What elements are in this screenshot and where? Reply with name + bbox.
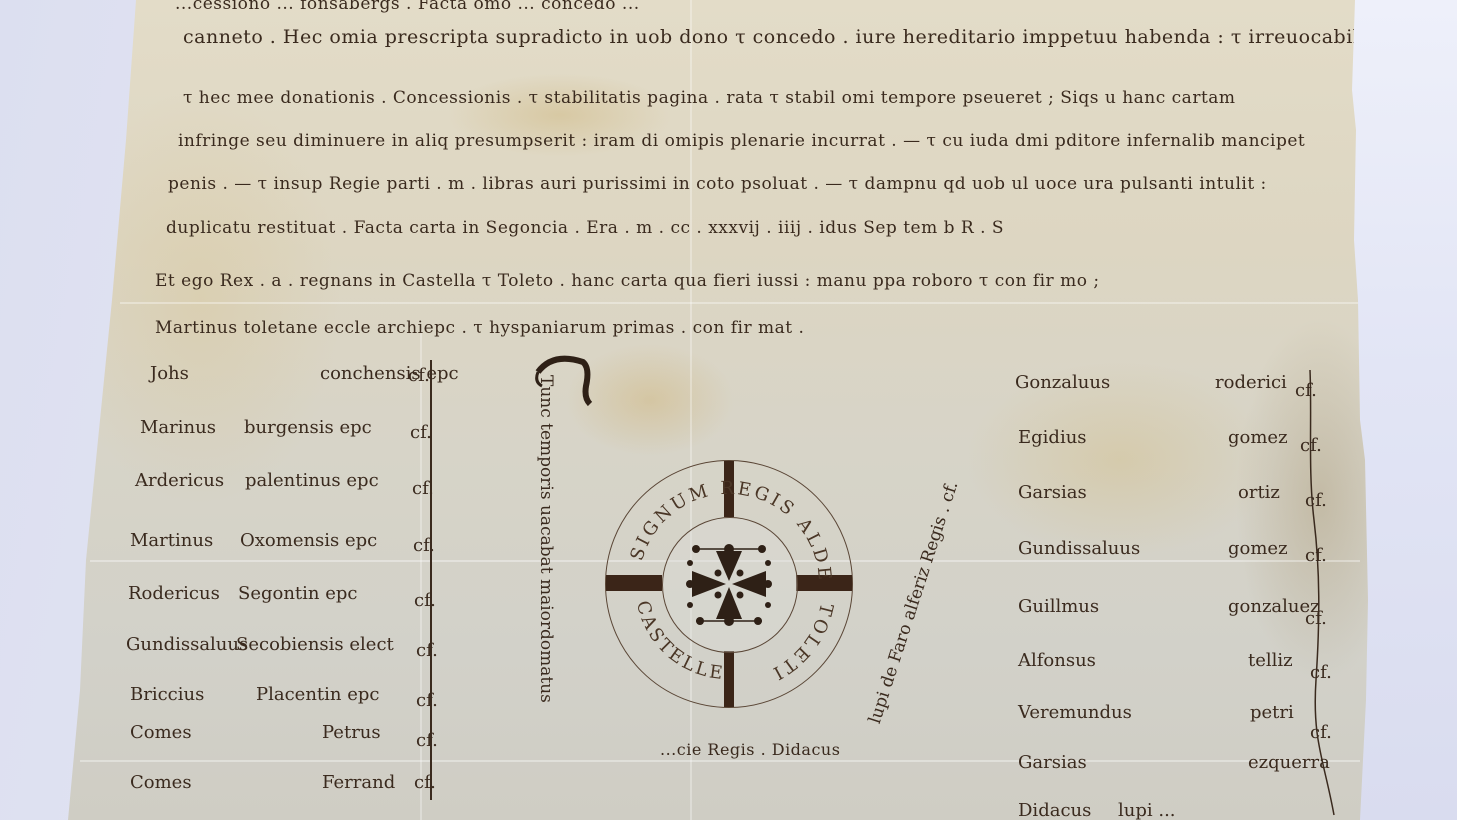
rota-seal: SIGNUM REGIS ALDEFONSI CASTELLE TOLETI: [605, 460, 853, 708]
confirmation-mark: cf.: [1305, 490, 1327, 511]
confirmation-mark: cf.: [1295, 380, 1317, 401]
rota-surround-bottom: ...cie Regis . Didacus: [660, 740, 840, 759]
witness-entry: Garsiasortiz: [1018, 482, 1280, 503]
confirmation-mark: cf.: [412, 478, 434, 499]
confirmation-mark: cf.: [1310, 662, 1332, 683]
text-line: Et ego Rex . a . regnans in Castella τ T…: [155, 271, 1100, 291]
text-line: Martinus toletane eccle archiepc . τ hys…: [155, 318, 804, 338]
witness-entry: BricciusPlacentin epc: [130, 684, 380, 705]
confirmation-mark: cf.: [1305, 608, 1327, 629]
witness-entry: ComesPetrus: [130, 722, 381, 743]
witness-entry: Garsiasezquerra: [1018, 752, 1330, 773]
parchment-document: ...cessiono ... fonsabergs . Facta omo .…: [0, 0, 1457, 820]
confirmation-mark: cf.: [416, 730, 438, 751]
text-line: infringe seu diminuere in aliq presumpse…: [178, 131, 1305, 151]
confirmation-mark: cf.: [1310, 722, 1332, 743]
witness-entry: Marinusburgensis epc: [140, 417, 372, 438]
confirmation-mark: cf.: [410, 422, 432, 443]
witness-entry: RodericusSegontin epc: [128, 583, 358, 604]
confirmation-mark: cf.: [416, 690, 438, 711]
text-line: duplicatu restituat . Facta carta in Seg…: [166, 218, 1004, 238]
witness-entry: GundissaluusSecobiensis elect: [126, 634, 394, 655]
witness-entry: Gundissaluusgomez: [1018, 538, 1288, 559]
witness-entry: Gonzaluusroderici: [1015, 372, 1287, 393]
confirmation-line: [1290, 360, 1350, 820]
text-line: penis . — τ insup Regie parti . m . libr…: [168, 174, 1267, 194]
witness-entry: Alfonsustelliz: [1018, 650, 1293, 671]
confirmation-mark: cf.: [408, 365, 430, 386]
witness-entry: Guillmusgonzaluez: [1018, 596, 1320, 617]
witness-entry: Egidiusgomez: [1018, 427, 1288, 448]
cross-icon: [668, 523, 790, 645]
text-line: τ hec mee donationis . Concessionis . τ …: [183, 88, 1236, 108]
witness-entry: Ardericuspalentinus epc: [135, 470, 379, 491]
witness-entry: MartinusOxomensis epc: [130, 530, 377, 551]
fold-crease: [120, 302, 1360, 304]
witness-entry: Didacuslupi ...: [1018, 800, 1176, 820]
witness-entry: Veremunduspetri: [1018, 702, 1294, 723]
rota-surround-left: Tunc temporis uacabat maiordomatus: [536, 375, 556, 703]
text-line: canneto . Hec omia prescripta supradicto…: [183, 26, 1457, 48]
confirmation-mark: cf.: [413, 535, 435, 556]
confirmation-mark: cf.: [414, 772, 436, 793]
witness-entry: ComesFerrand: [130, 772, 395, 793]
confirmation-mark: cf.: [414, 590, 436, 611]
confirmation-mark: cf.: [1305, 545, 1327, 566]
confirmation-mark: cf.: [1300, 435, 1322, 456]
text-line: ...cessiono ... fonsabergs . Facta omo .…: [175, 0, 640, 14]
confirmation-mark: cf.: [416, 640, 438, 661]
rota-surround-right: lupi de Faro alferiz Regis . cf.: [865, 479, 962, 726]
